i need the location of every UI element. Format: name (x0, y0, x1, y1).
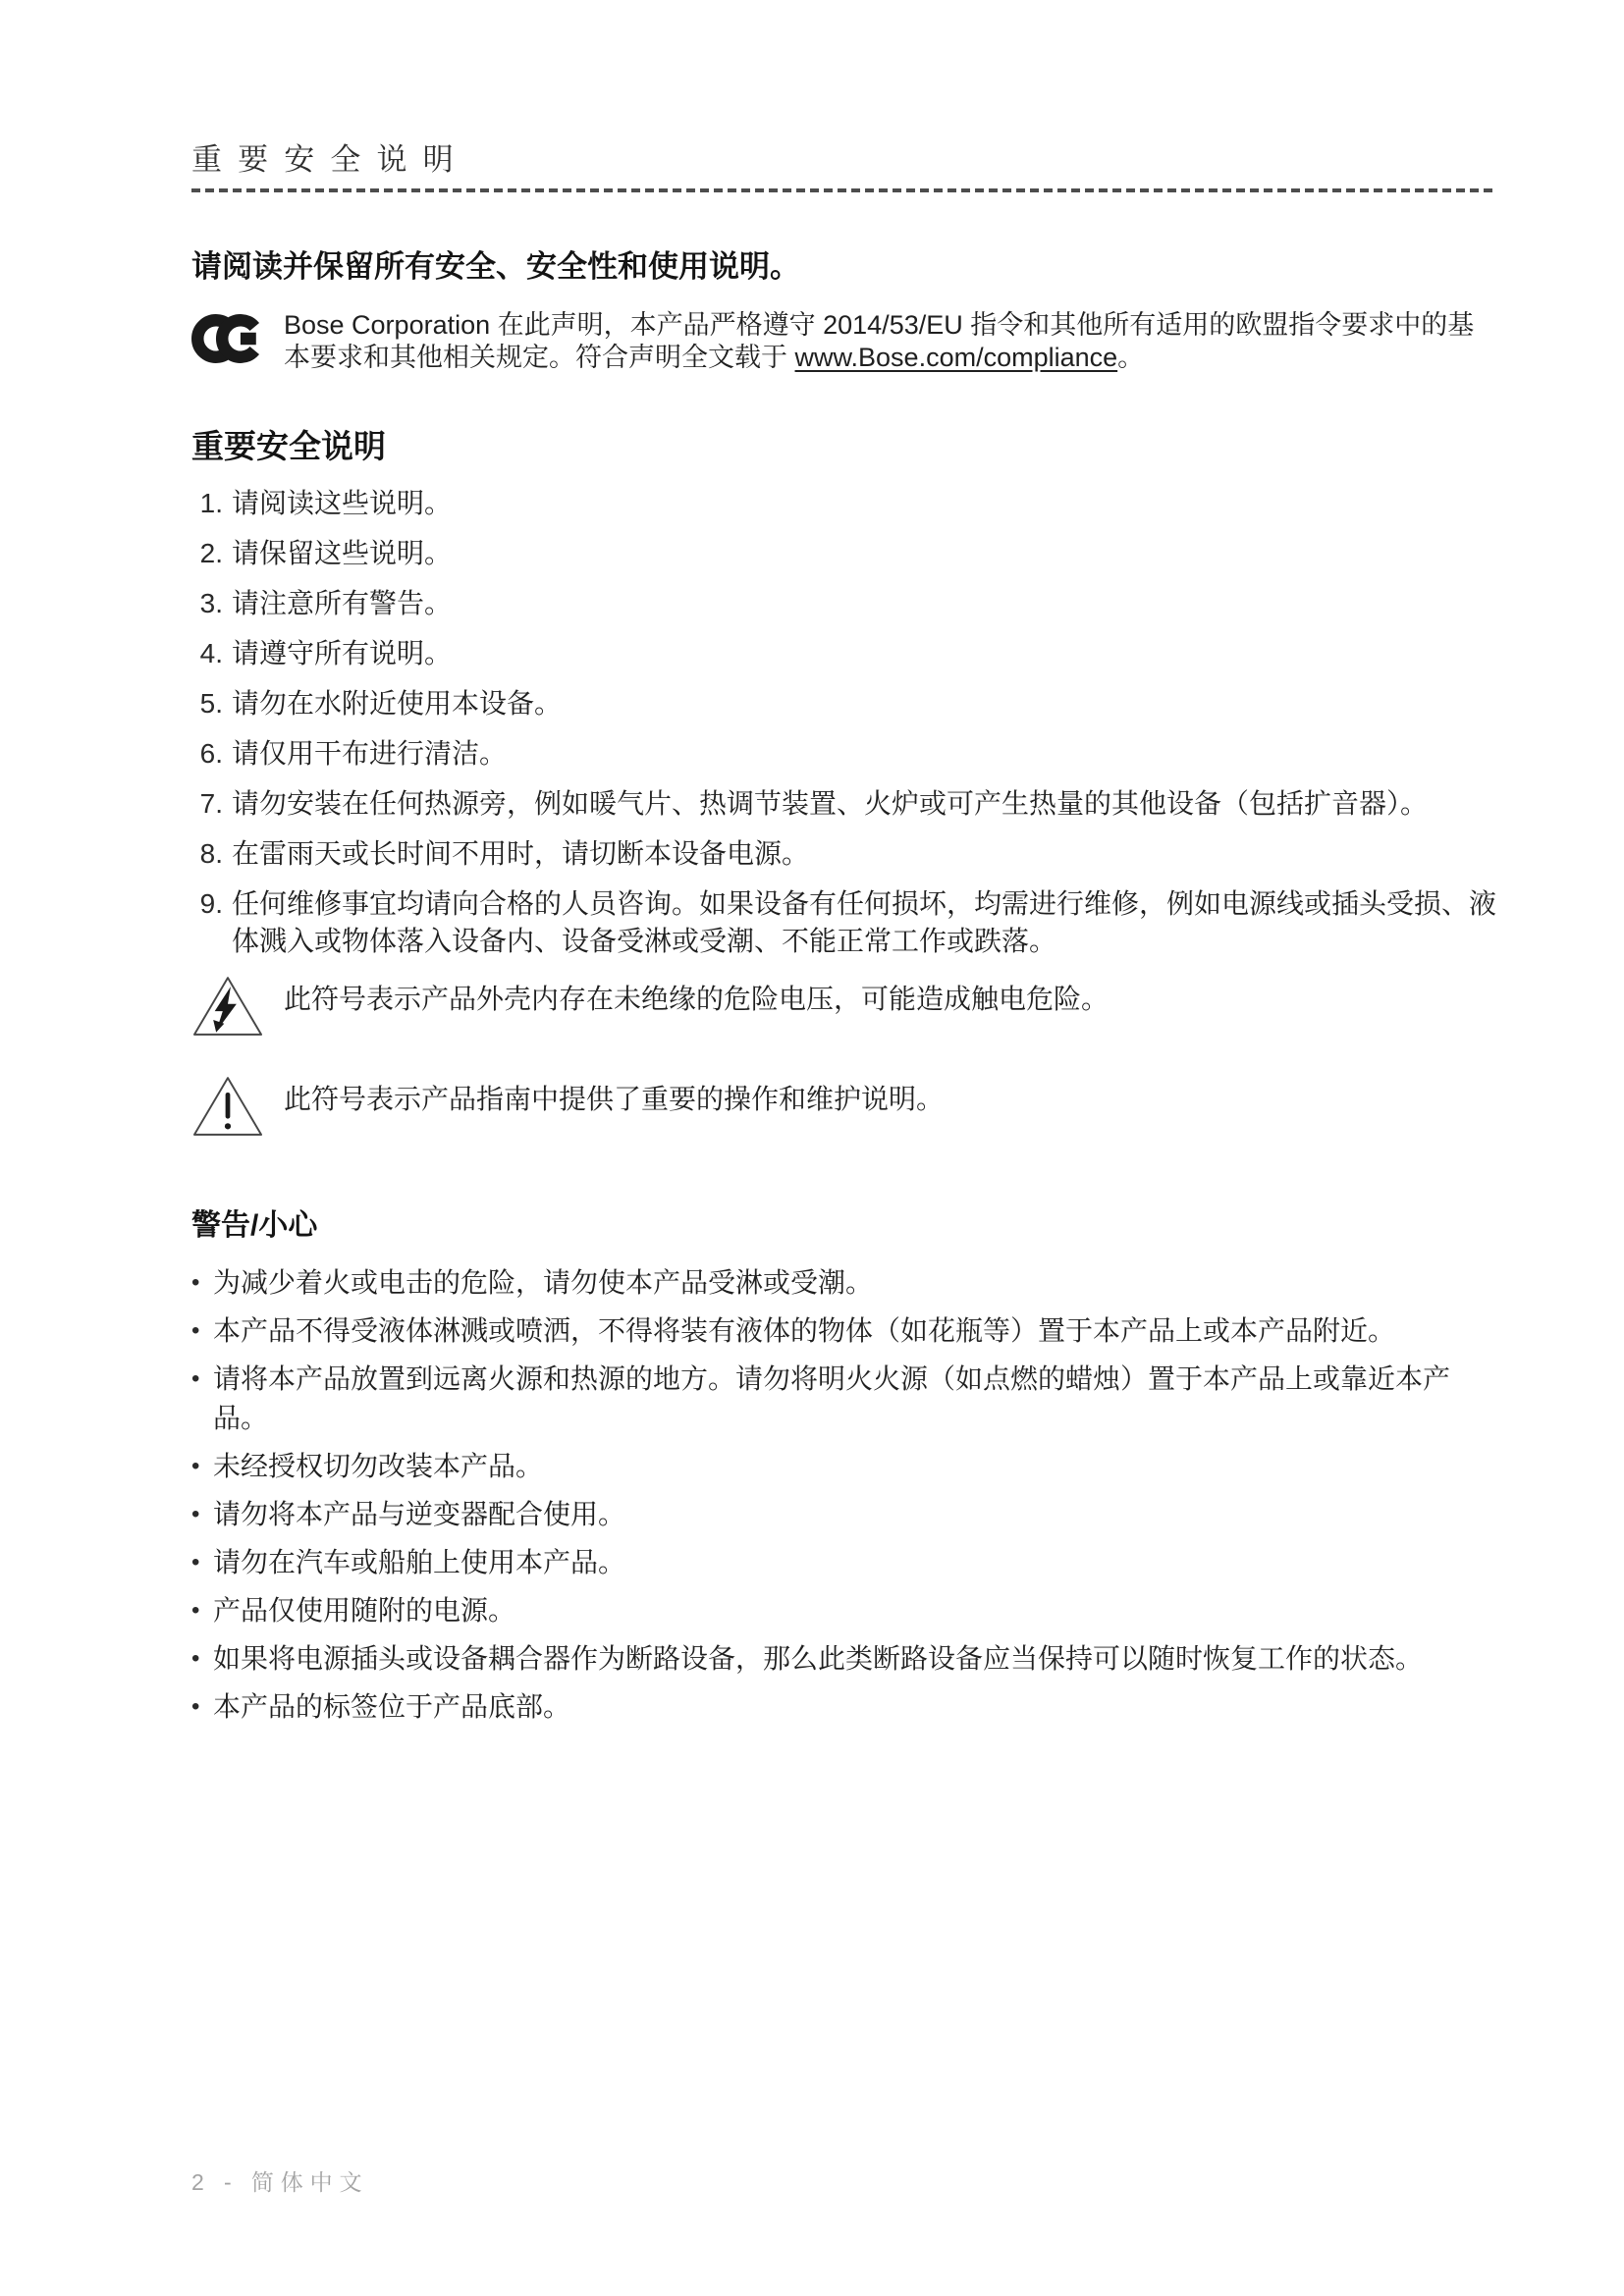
ce-text-suffix: 。 (1117, 343, 1144, 372)
list-item: 8.在雷雨天或长时间不用时，请切断本设备电源。 (191, 835, 1497, 873)
list-item: 2.请保留这些说明。 (191, 535, 1497, 572)
item-text: 请勿在水附近使用本设备。 (232, 685, 1497, 722)
bullet-icon: • (191, 1591, 205, 1630)
list-item: 3.请注意所有警告。 (191, 585, 1497, 622)
compliance-link[interactable]: www.Bose.com/compliance (795, 343, 1118, 372)
item-number: 7. (191, 785, 223, 823)
document-header-title: 重要安全说明 (191, 142, 1497, 178)
list-item: •请将本产品放置到远离火源和热源的地方。请勿将明火火源（如点燃的蜡烛）置于本产品… (191, 1360, 1497, 1438)
item-number: 4. (191, 635, 223, 672)
list-item: 5.请勿在水附近使用本设备。 (191, 685, 1497, 722)
warning-caution-heading: 警告/小心 (191, 1201, 1497, 1244)
list-item: 4.请遵守所有说明。 (191, 635, 1497, 672)
bullet-icon: • (191, 1447, 205, 1486)
ce-mark-icon (191, 311, 266, 371)
bullet-text: 请勿将本产品与逆变器配合使用。 (213, 1495, 1497, 1534)
item-number: 3. (191, 585, 223, 622)
dashed-divider (191, 188, 1497, 192)
list-item: 6.请仅用干布进行清洁。 (191, 735, 1497, 773)
bullet-text: 本产品不得受液体淋溅或喷洒，不得将装有液体的物体（如花瓶等）置于本产品上或本产品… (213, 1311, 1497, 1351)
warning-bullet-list: •为减少着火或电击的危险，请勿使本产品受淋或受潮。 •本产品不得受液体淋溅或喷洒… (191, 1263, 1497, 1727)
bullet-text: 请勿在汽车或船舶上使用本产品。 (213, 1543, 1497, 1582)
ce-declaration-text: Bose Corporation 在此声明，本产品严格遵守 2014/53/EU… (284, 309, 1497, 374)
list-item: •产品仅使用随附的电源。 (191, 1591, 1497, 1630)
intro-heading: 请阅读并保留所有安全、安全性和使用说明。 (191, 241, 1497, 286)
high-voltage-triangle-icon (191, 974, 264, 1043)
list-item: •未经授权切勿改装本产品。 (191, 1447, 1497, 1486)
symbol-notices: 此符号表示产品外壳内存在未绝缘的危险电压，可能造成触电危险。 此符号表示产品指南… (191, 974, 1497, 1144)
bullet-icon: • (191, 1639, 205, 1679)
safety-instructions-list: 1.请阅读这些说明。 2.请保留这些说明。 3.请注意所有警告。 4.请遵守所有… (191, 485, 1497, 960)
bullet-text: 请将本产品放置到远离火源和热源的地方。请勿将明火火源（如点燃的蜡烛）置于本产品上… (213, 1360, 1497, 1438)
bullet-text: 如果将电源插头或设备耦合器作为断路设备，那么此类断路设备应当保持可以随时恢复工作… (213, 1639, 1497, 1679)
bullet-icon: • (191, 1543, 205, 1582)
item-text: 请仅用干布进行清洁。 (232, 735, 1497, 773)
bullet-text: 为减少着火或电击的危险，请勿使本产品受淋或受潮。 (213, 1263, 1497, 1303)
list-item: 7.请勿安装在任何热源旁，例如暖气片、热调节装置、火炉或可产生热量的其他设备（包… (191, 785, 1497, 823)
item-text: 任何维修事宜均请向合格的人员咨询。如果设备有任何损坏，均需进行维修，例如电源线或… (232, 885, 1497, 960)
item-number: 9. (191, 885, 223, 960)
ce-declaration-row: Bose Corporation 在此声明，本产品严格遵守 2014/53/EU… (191, 309, 1497, 374)
notice-text: 此符号表示产品外壳内存在未绝缘的危险电压，可能造成触电危险。 (284, 974, 1109, 1017)
item-number: 2. (191, 535, 223, 572)
item-text: 请勿安装在任何热源旁，例如暖气片、热调节装置、火炉或可产生热量的其他设备（包括扩… (232, 785, 1497, 823)
list-item: 9.任何维修事宜均请向合格的人员咨询。如果设备有任何损坏，均需进行维修，例如电源… (191, 885, 1497, 960)
bullet-icon: • (191, 1495, 205, 1534)
item-text: 在雷雨天或长时间不用时，请切断本设备电源。 (232, 835, 1497, 873)
bullet-text: 产品仅使用随附的电源。 (213, 1591, 1497, 1630)
bullet-icon: • (191, 1687, 205, 1727)
high-voltage-notice: 此符号表示产品外壳内存在未绝缘的危险电压，可能造成触电危险。 (191, 974, 1497, 1043)
item-number: 6. (191, 735, 223, 773)
bullet-icon: • (191, 1311, 205, 1351)
page-content: 重要安全说明 请阅读并保留所有安全、安全性和使用说明。 Bose Corpora… (191, 142, 1497, 1735)
list-item: •请勿在汽车或船舶上使用本产品。 (191, 1543, 1497, 1582)
list-item: 1.请阅读这些说明。 (191, 485, 1497, 522)
list-item: •为减少着火或电击的危险，请勿使本产品受淋或受潮。 (191, 1263, 1497, 1303)
page-footer-label: 2 - 简体中文 (191, 2164, 368, 2197)
important-instructions-notice: 此符号表示产品指南中提供了重要的操作和维护说明。 (191, 1074, 1497, 1144)
notice-text: 此符号表示产品指南中提供了重要的操作和维护说明。 (284, 1074, 944, 1117)
item-number: 8. (191, 835, 223, 873)
item-number: 1. (191, 485, 223, 522)
item-text: 请注意所有警告。 (232, 585, 1497, 622)
list-item: •本产品不得受液体淋溅或喷洒，不得将装有液体的物体（如花瓶等）置于本产品上或本产… (191, 1311, 1497, 1351)
item-number: 5. (191, 685, 223, 722)
item-text: 请遵守所有说明。 (232, 635, 1497, 672)
bullet-icon: • (191, 1360, 205, 1438)
exclamation-triangle-icon (191, 1074, 264, 1144)
bullet-text: 本产品的标签位于产品底部。 (213, 1687, 1497, 1727)
list-item: •请勿将本产品与逆变器配合使用。 (191, 1495, 1497, 1534)
safety-section-heading: 重要安全说明 (191, 421, 1497, 467)
list-item: •如果将电源插头或设备耦合器作为断路设备，那么此类断路设备应当保持可以随时恢复工… (191, 1639, 1497, 1679)
item-text: 请保留这些说明。 (232, 535, 1497, 572)
bullet-icon: • (191, 1263, 205, 1303)
list-item: •本产品的标签位于产品底部。 (191, 1687, 1497, 1727)
item-text: 请阅读这些说明。 (232, 485, 1497, 522)
bullet-text: 未经授权切勿改装本产品。 (213, 1447, 1497, 1486)
